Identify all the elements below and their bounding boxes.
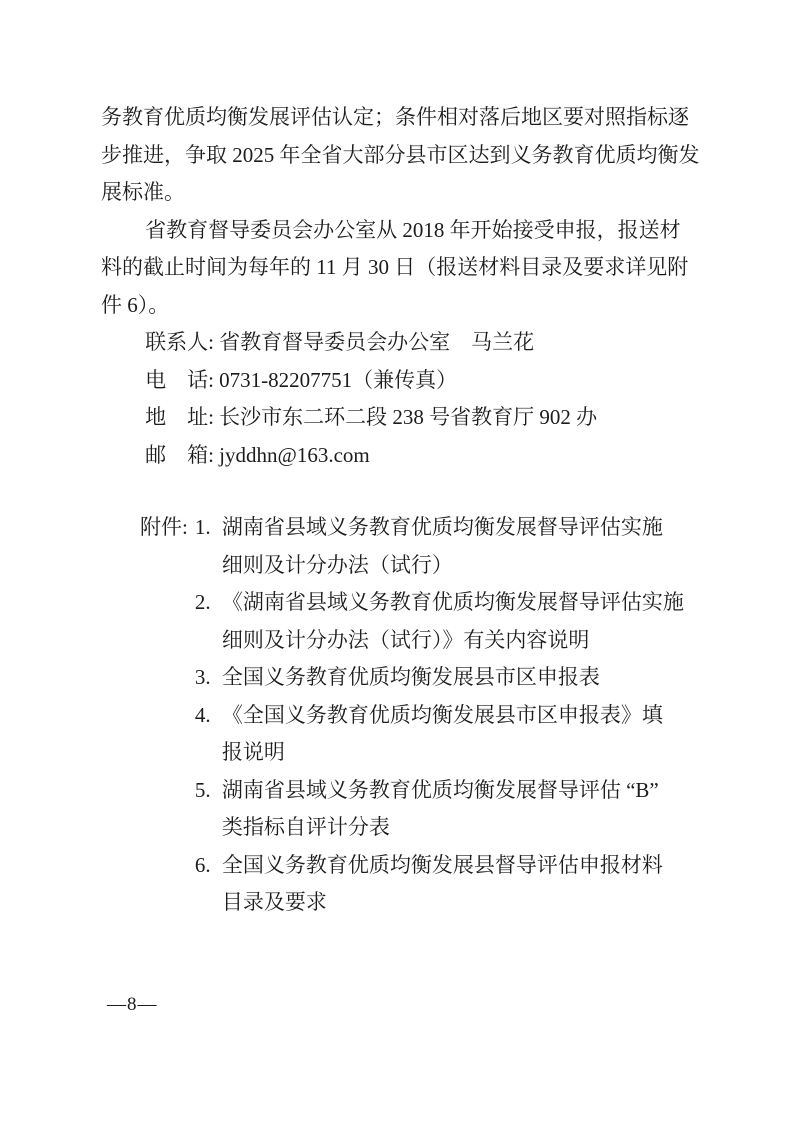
contact-email-line: 邮 箱: jyddhn@163.com [101, 437, 702, 475]
contact-phone-line: 电 话: 0731-82207751（兼传真） [101, 362, 702, 400]
attachment-item: 2. 《湖南省县域义务教育优质均衡发展督导评估实施 细则及计分办法（试行）》有关… [195, 584, 702, 659]
attachments-section: 附件: 1. 湖南省县域义务教育优质均衡发展督导评估实施 细则及计分办法（试行）… [101, 509, 702, 922]
attachments-list: 1. 湖南省县域义务教育优质均衡发展督导评估实施 细则及计分办法（试行） 2. … [195, 509, 702, 922]
contact-person-line: 联系人: 省教育督导委员会办公室 马兰花 [101, 324, 702, 362]
contact-address-line: 地 址: 长沙市东二环二段 238 号省教育厅 902 办 [101, 399, 702, 437]
attachment-item-text: 全国义务教育优质均衡发展县市区申报表 [222, 659, 702, 697]
attachment-item: 5. 湖南省县域义务教育优质均衡发展督导评估 “B” 类指标自评计分表 [195, 772, 702, 847]
document-page: 务教育优质均衡发展评估认定；条件相对落后地区要对照指标逐 步推进，争取 2025… [0, 0, 793, 1122]
contact-block: 联系人: 省教育督导委员会办公室 马兰花 电 话: 0731-82207751（… [101, 324, 702, 474]
attachments-label: 附件: [140, 509, 188, 547]
page-number: —8— [107, 993, 158, 1017]
attachment-item-text: 湖南省县域义务教育优质均衡发展督导评估 “B” 类指标自评计分表 [222, 772, 702, 847]
attachment-item-text: 《湖南省县域义务教育优质均衡发展督导评估实施 细则及计分办法（试行）》有关内容说… [222, 584, 702, 659]
attachment-item-number: 1. [195, 509, 222, 547]
attachment-item: 4. 《全国义务教育优质均衡发展县市区申报表》填 报说明 [195, 697, 702, 772]
paragraph-application-deadline: 省教育督导委员会办公室从 2018 年开始接受申报，报送材 料的截止时间为每年的… [101, 212, 702, 325]
paragraph-evaluation-standards: 务教育优质均衡发展评估认定；条件相对落后地区要对照指标逐 步推进，争取 2025… [101, 99, 702, 212]
attachment-item-text: 《全国义务教育优质均衡发展县市区申报表》填 报说明 [222, 697, 702, 772]
attachment-item-number: 2. [195, 584, 222, 622]
attachment-item: 3. 全国义务教育优质均衡发展县市区申报表 [195, 659, 702, 697]
attachment-item-text: 湖南省县域义务教育优质均衡发展督导评估实施 细则及计分办法（试行） [222, 509, 702, 584]
attachment-item: 1. 湖南省县域义务教育优质均衡发展督导评估实施 细则及计分办法（试行） [195, 509, 702, 584]
attachment-item-number: 3. [195, 659, 222, 697]
attachment-item: 6. 全国义务教育优质均衡发展县督导评估申报材料 目录及要求 [195, 847, 702, 922]
attachment-item-number: 4. [195, 697, 222, 735]
attachment-item-number: 6. [195, 847, 222, 885]
attachment-item-number: 5. [195, 772, 222, 810]
attachment-item-text: 全国义务教育优质均衡发展县督导评估申报材料 目录及要求 [222, 847, 702, 922]
document-body: 务教育优质均衡发展评估认定；条件相对落后地区要对照指标逐 步推进，争取 2025… [101, 99, 702, 922]
